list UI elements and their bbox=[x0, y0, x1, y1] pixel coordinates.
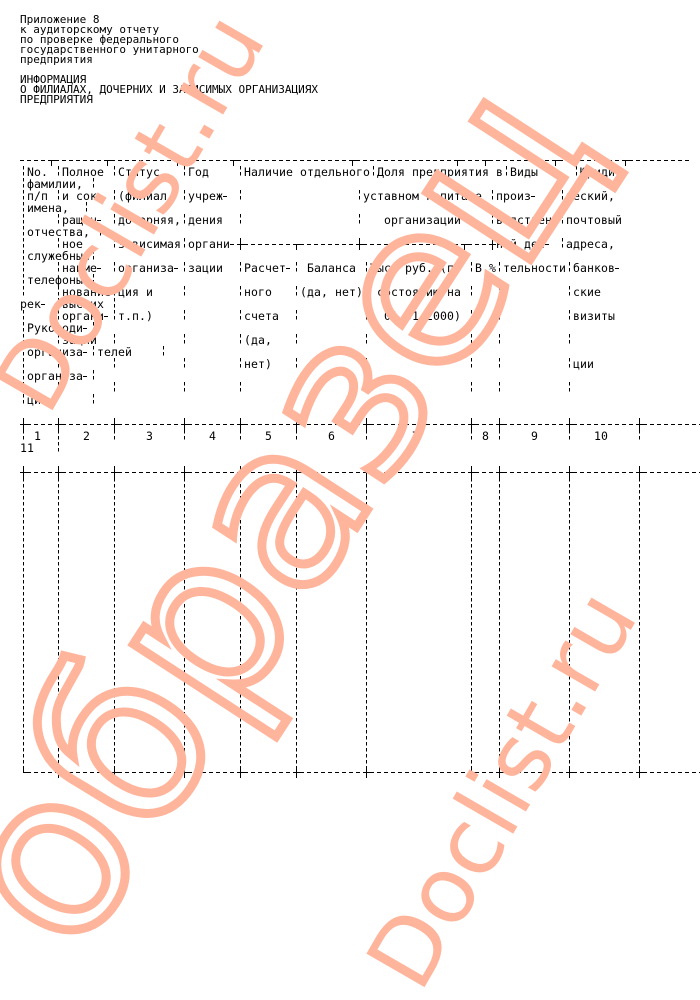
text-line: наиме организа зации Расчет Баланса Тыс.… bbox=[20, 262, 700, 274]
text-line: 11 bbox=[20, 442, 700, 454]
text-line bbox=[20, 766, 700, 778]
text-line: ращен дочерняя, дения организации водств… bbox=[20, 214, 700, 226]
text-line: нование ция и ного (да, нет) состоянию н… bbox=[20, 286, 700, 298]
document-title-line: ПРЕДПРИЯТИЯ bbox=[20, 95, 318, 105]
text-line: No. Полное Статус Год Наличие отдельного… bbox=[20, 166, 700, 178]
document-intro: Приложение 8к аудиторскому отчетупо пров… bbox=[20, 15, 318, 105]
text-line: ции bbox=[20, 394, 700, 406]
text-line: ное зависимая органи ной дея адреса, bbox=[20, 238, 700, 250]
appendix-line: предприятия bbox=[20, 55, 318, 65]
text-line: нет) ции bbox=[20, 358, 700, 370]
text-line: 1 2 3 4 5 6 7 8 9 10 bbox=[20, 430, 700, 442]
text-line: органи т.п.) счета 01.01.2000) визиты bbox=[20, 310, 700, 322]
text-line bbox=[20, 382, 700, 394]
text-line: п/п и сок (филиал, учреж уставном капита… bbox=[20, 190, 700, 202]
info-table: No. Полное Статус Год Наличие отдельного… bbox=[20, 154, 700, 778]
